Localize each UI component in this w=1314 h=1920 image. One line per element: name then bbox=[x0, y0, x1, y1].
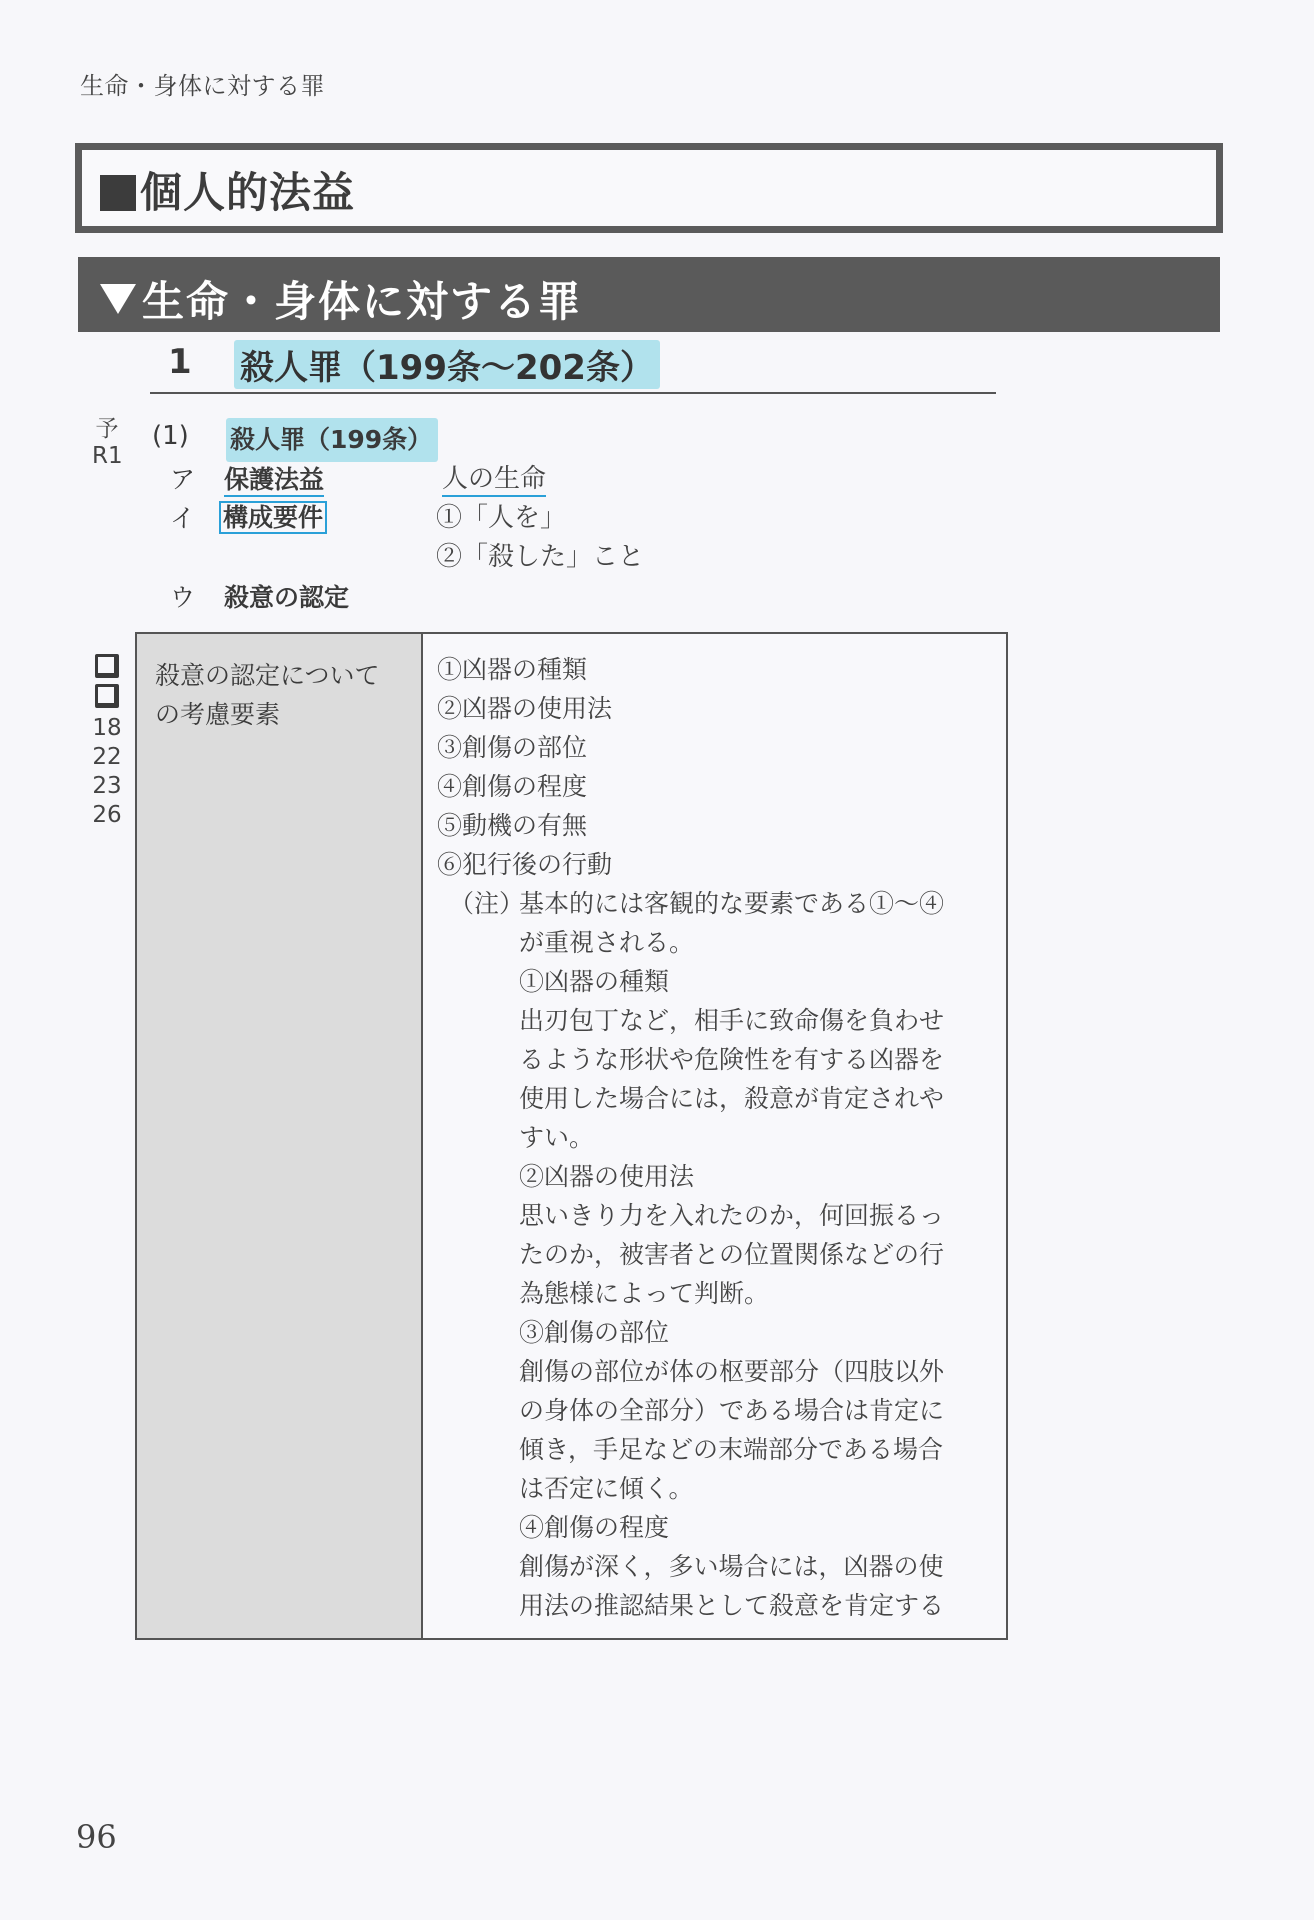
note-text: 基本的には客観的な要素である①～④ bbox=[519, 889, 944, 918]
margin-note-top: 予 R1 bbox=[92, 416, 122, 470]
checkbox-icon[interactable] bbox=[95, 654, 119, 678]
margin-note-r1: R1 bbox=[92, 443, 122, 470]
item-label-intent-finding: 殺意の認定 bbox=[224, 578, 349, 614]
factor-item: ①凶器の種類 bbox=[437, 650, 997, 689]
left-label-line-2: の考慮要素 bbox=[155, 695, 417, 734]
detail-line: 使用した場合には，殺意が肯定されや bbox=[437, 1079, 997, 1118]
item-marker-u: ウ bbox=[170, 578, 195, 614]
detail-line: 傾き，手足などの末端部分である場合 bbox=[437, 1430, 997, 1469]
section-banner: 生命・身体に対する罪 bbox=[78, 257, 1220, 332]
detail-line: るような形状や危険性を有する凶器を bbox=[437, 1040, 997, 1079]
item-marker-i: イ bbox=[170, 499, 195, 535]
margin-note-table: 18 22 23 26 bbox=[90, 650, 124, 830]
item-label-protected-interest: 保護法益 bbox=[224, 460, 324, 496]
table-left-cell: 殺意の認定について の考慮要素 bbox=[137, 634, 423, 1638]
item-marker-a: ア bbox=[170, 460, 195, 496]
exam-year: 18 bbox=[90, 714, 124, 743]
margin-note-yo: 予 bbox=[92, 416, 122, 443]
exam-year: 23 bbox=[90, 772, 124, 801]
detail-line: の身体の全部分）である場合は肯定に bbox=[437, 1391, 997, 1430]
human-life-text: 人の生命 bbox=[442, 464, 546, 497]
chapter-title-text: 個人的法益 bbox=[140, 168, 355, 217]
section-banner-text: 生命・身体に対する罪 bbox=[142, 277, 582, 326]
intent-factors-table: 殺意の認定について の考慮要素 ①凶器の種類 ②凶器の使用法 ③創傷の部位 ④創… bbox=[135, 632, 1008, 1640]
down-triangle-icon bbox=[100, 284, 136, 314]
factor-item: ⑥犯行後の行動 bbox=[437, 845, 997, 884]
detail-heading: ①凶器の種類 bbox=[437, 962, 997, 1001]
section-title: 殺人罪（199条～202条） bbox=[234, 340, 660, 389]
item-value-person: ①「人を」 bbox=[436, 497, 566, 534]
elements-label: 構成要件 bbox=[219, 501, 327, 534]
item-value-human-life: 人の生命 bbox=[442, 458, 546, 495]
section-heading: 1 殺人罪（199条～202条） bbox=[150, 340, 996, 394]
section-number: 1 bbox=[168, 342, 192, 382]
detail-line: 出刃包丁など，相手に致命傷を負わせ bbox=[437, 1001, 997, 1040]
item-label-elements: 構成要件 bbox=[219, 498, 327, 534]
factor-item: ③創傷の部位 bbox=[437, 728, 997, 767]
table-left-label: 殺意の認定について の考慮要素 bbox=[155, 656, 417, 734]
left-label-line-1: 殺意の認定について bbox=[155, 656, 417, 695]
detail-line: たのか，被害者との位置関係などの行 bbox=[437, 1235, 997, 1274]
black-square-icon bbox=[100, 175, 136, 211]
factor-item: ②凶器の使用法 bbox=[437, 689, 997, 728]
section-banner-title: 生命・身体に対する罪 bbox=[100, 269, 582, 329]
detail-heading: ④創傷の程度 bbox=[437, 1508, 997, 1547]
detail-heading: ②凶器の使用法 bbox=[437, 1157, 997, 1196]
note-label: （注） bbox=[449, 884, 519, 923]
detail-line: 思いきり力を入れたのか，何回振るっ bbox=[437, 1196, 997, 1235]
detail-line: は否定に傾く。 bbox=[437, 1469, 997, 1508]
detail-heading: ③創傷の部位 bbox=[437, 1313, 997, 1352]
table-right-cell: ①凶器の種類 ②凶器の使用法 ③創傷の部位 ④創傷の程度 ⑤動機の有無 ⑥犯行後… bbox=[437, 650, 997, 1625]
protected-interest-label: 保護法益 bbox=[224, 465, 324, 497]
note-line: （注）基本的には客観的な要素である①～④ bbox=[437, 884, 997, 923]
detail-line: すい。 bbox=[437, 1118, 997, 1157]
running-header: 生命・身体に対する罪 bbox=[80, 66, 325, 101]
detail-line: 用法の推認結果として殺意を肯定する bbox=[437, 1586, 997, 1625]
subsection-title: 殺人罪（199条） bbox=[226, 418, 438, 462]
exam-year: 26 bbox=[90, 801, 124, 830]
detail-line: 創傷の部位が体の枢要部分（四肢以外 bbox=[437, 1352, 997, 1391]
note-line: が重視される。 bbox=[437, 923, 997, 962]
detail-line: 創傷が深く，多い場合には，凶器の使 bbox=[437, 1547, 997, 1586]
checkbox-icon[interactable] bbox=[95, 684, 119, 708]
factor-item: ⑤動機の有無 bbox=[437, 806, 997, 845]
item-value-killed: ②「殺した」こと bbox=[436, 536, 644, 573]
detail-line: 為態様によって判断。 bbox=[437, 1274, 997, 1313]
factor-item: ④創傷の程度 bbox=[437, 767, 997, 806]
exam-year: 22 bbox=[90, 743, 124, 772]
chapter-title: 個人的法益 bbox=[100, 160, 355, 220]
chapter-title-box: 個人的法益 bbox=[75, 143, 1223, 233]
subsection-marker: (1) bbox=[152, 421, 189, 451]
page-number: 96 bbox=[76, 1818, 117, 1856]
